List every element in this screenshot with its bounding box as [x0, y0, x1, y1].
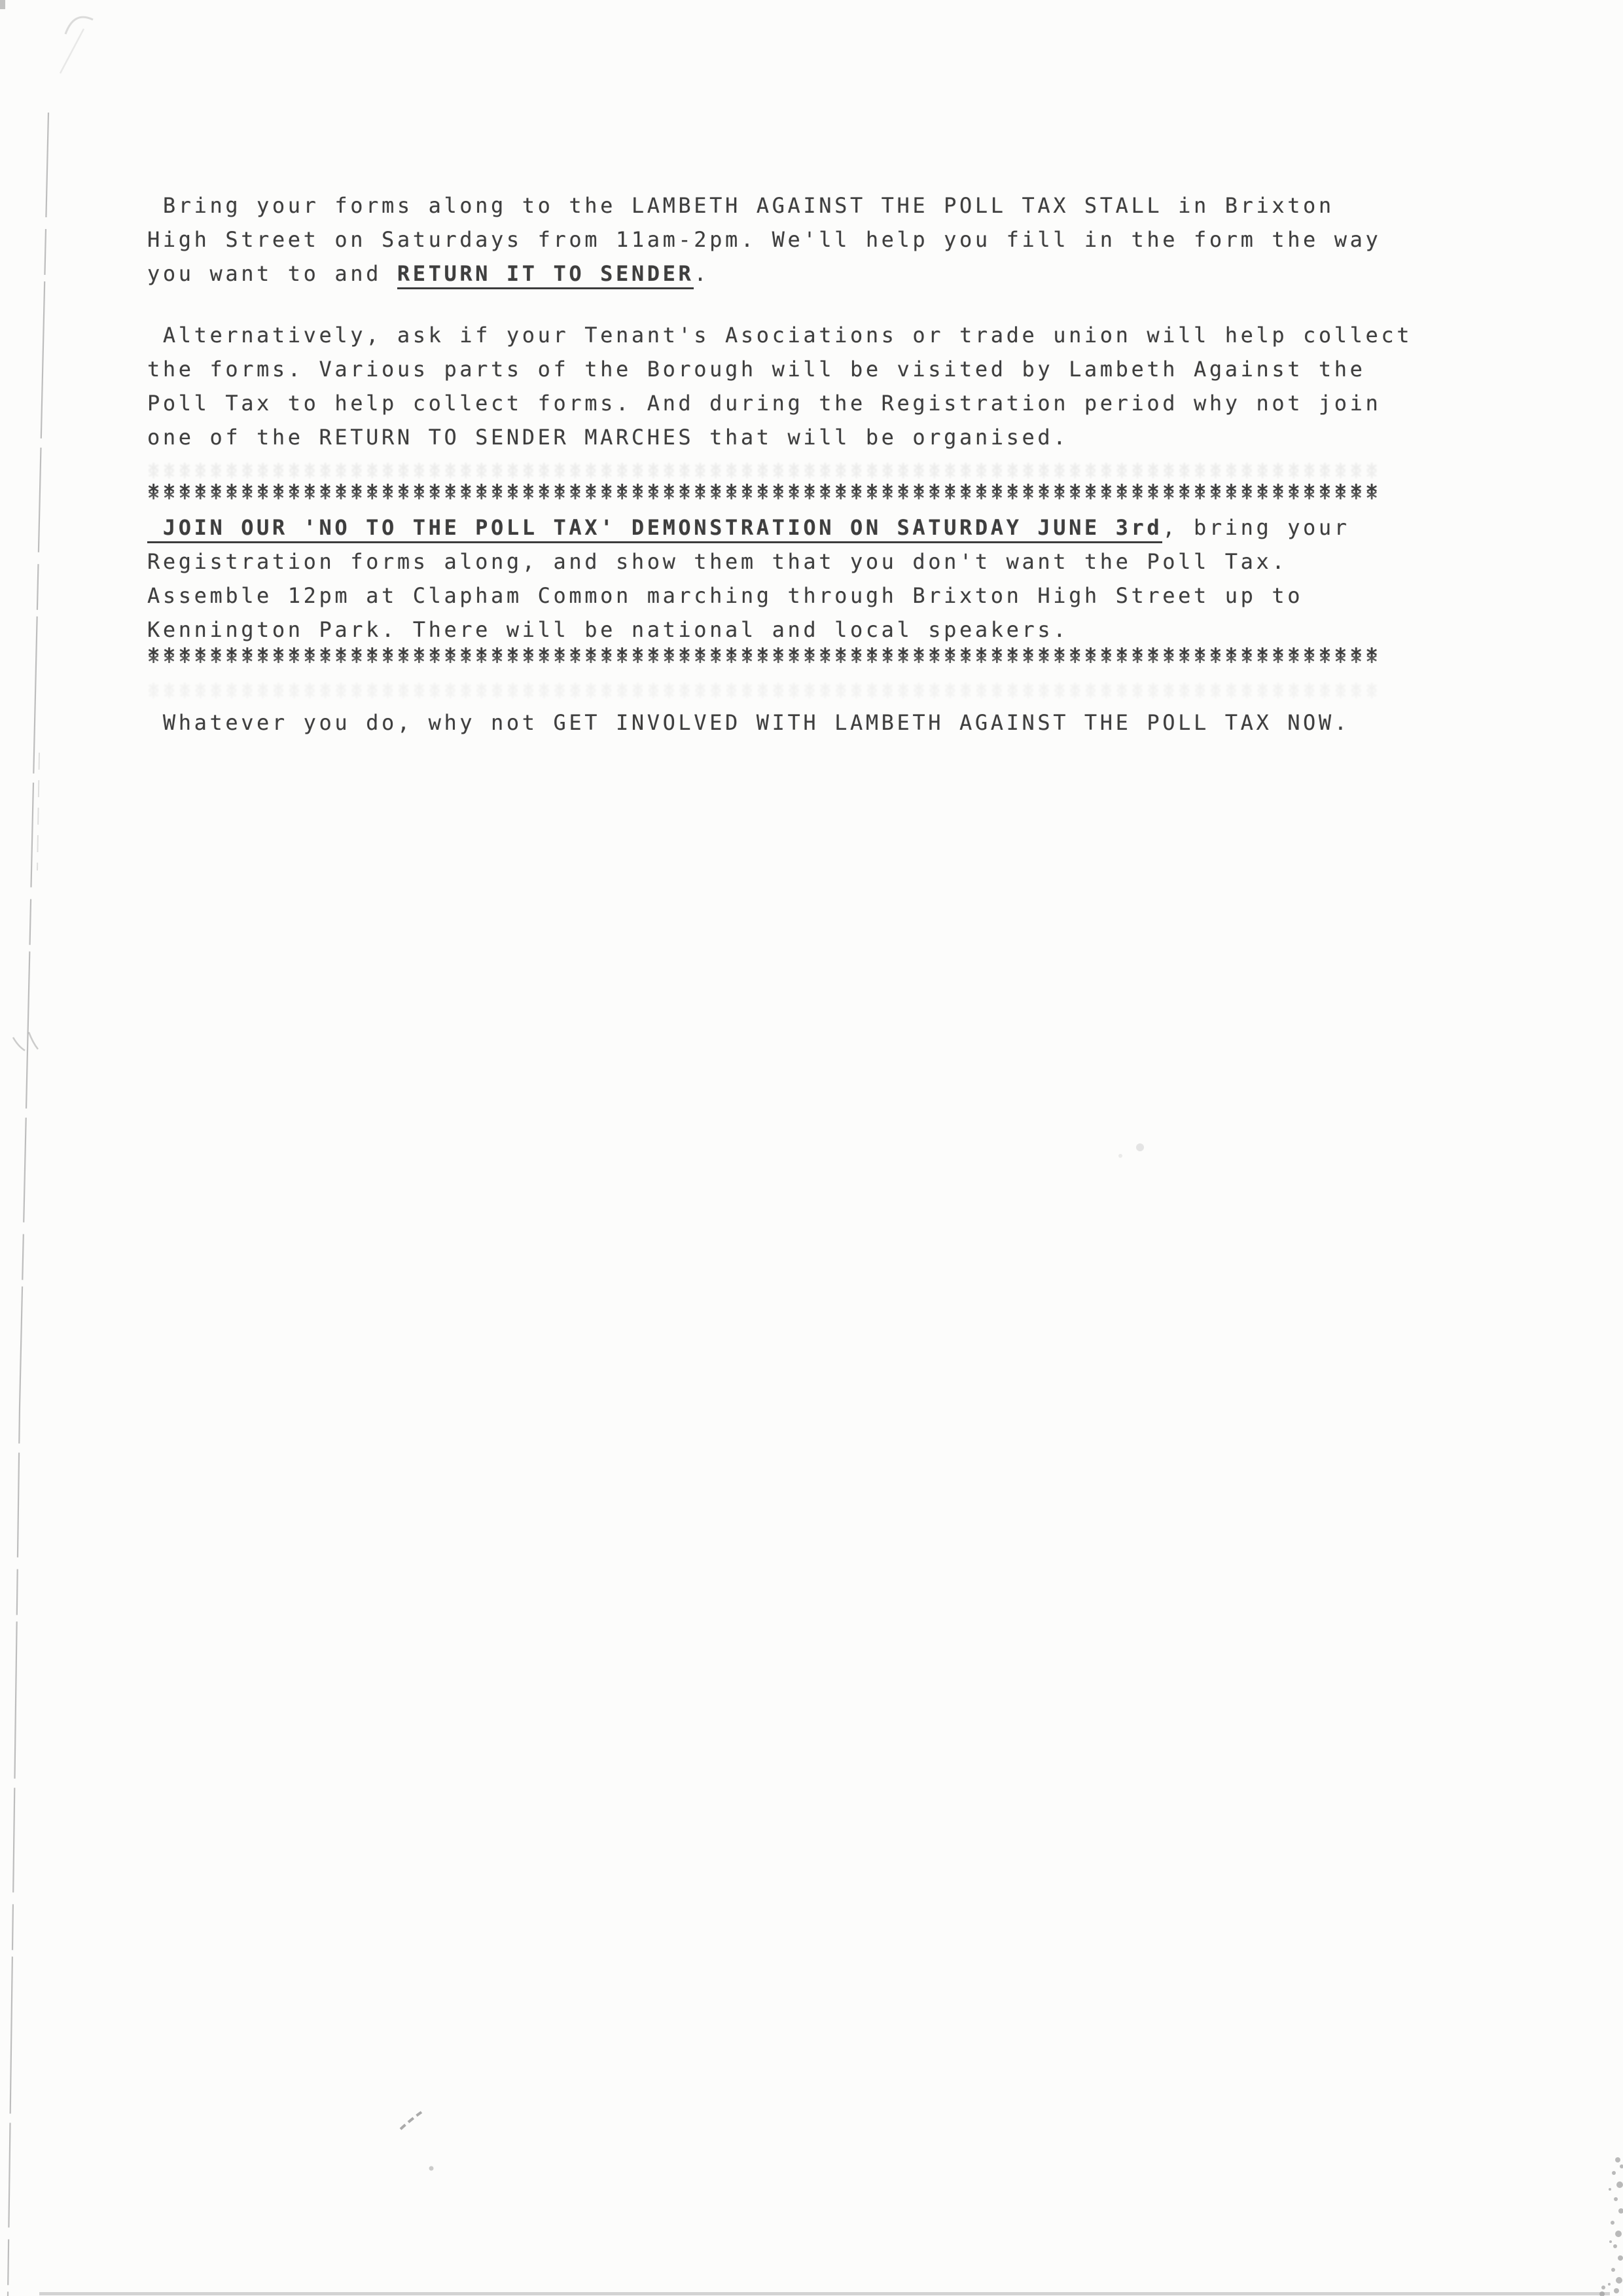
star-separator-ghost: ****************************************…	[147, 674, 1381, 708]
paper-edge-line	[8, 113, 48, 2296]
corner-mark	[0, 0, 5, 9]
text-line: JOIN OUR 'NO TO THE POLL TAX' DEMONSTRAT…	[147, 511, 1350, 545]
text-segment: the forms. Various parts of the Borough …	[147, 357, 1366, 382]
paragraph-bring-forms: Bring your forms along to the LAMBETH AG…	[147, 188, 1381, 291]
star-separator-bottom: ****************************************…	[147, 639, 1381, 673]
pen-tick	[401, 2112, 421, 2129]
text-line: one of the RETURN TO SENDER MARCHES that…	[147, 420, 1412, 454]
text-segment: .	[694, 261, 709, 286]
paragraph-get-involved: Whatever you do, why not GET INVOLVED WI…	[147, 706, 1350, 740]
text-segment: , bring your	[1162, 515, 1349, 540]
text-segment: one of the RETURN TO SENDER MARCHES that…	[147, 425, 1069, 450]
text-segment: Bring your forms along to the LAMBETH AG…	[147, 193, 1334, 218]
text-line: High Street on Saturdays from 11am-2pm. …	[147, 223, 1381, 257]
text-line: Whatever you do, why not GET INVOLVED WI…	[147, 706, 1350, 740]
text-segment: Registration forms along, and show them …	[147, 549, 1287, 574]
text-line: Assemble 12pm at Clapham Common marching…	[147, 579, 1350, 613]
paragraph-demonstration: JOIN OUR 'NO TO THE POLL TAX' DEMONSTRAT…	[147, 511, 1350, 647]
scanned-letter-page: Bring your forms along to the LAMBETH AG…	[0, 0, 1623, 2296]
diagonal-streak	[60, 29, 84, 73]
faint-speck	[1118, 1154, 1122, 1158]
ink-dot	[429, 2166, 434, 2171]
faint-speck	[1136, 1143, 1144, 1151]
text-segment: Assemble 12pm at Clapham Common marching…	[147, 583, 1303, 608]
underline-demonstration-heading: JOIN OUR 'NO TO THE POLL TAX' DEMONSTRAT…	[147, 515, 1162, 543]
bottom-edge-shadow	[39, 2292, 1610, 2295]
hook-scribble	[65, 17, 93, 34]
text-segment: Poll Tax to help collect forms. And duri…	[147, 391, 1381, 416]
text-line: Registration forms along, and show them …	[147, 545, 1350, 579]
text-segment: High Street on Saturdays from 11am-2pm. …	[147, 227, 1381, 252]
paragraph-alternatively: Alternatively, ask if your Tenant's Asoc…	[147, 318, 1412, 454]
text-segment: Whatever you do, why not GET INVOLVED WI…	[147, 710, 1350, 735]
text-line: Poll Tax to help collect forms. And duri…	[147, 386, 1412, 420]
underline-return-to-sender: RETURN IT TO SENDER	[397, 261, 694, 289]
edge-speckle-band	[1599, 2157, 1623, 2296]
text-line: you want to and RETURN IT TO SENDER.	[147, 257, 1381, 291]
paper-edge-ghost	[37, 753, 39, 870]
text-segment: you want to and	[147, 261, 397, 286]
margin-smudge	[13, 1032, 38, 1050]
text-line: Bring your forms along to the LAMBETH AG…	[147, 188, 1381, 223]
text-line: Alternatively, ask if your Tenant's Asoc…	[147, 318, 1412, 352]
star-separator-top: ****************************************…	[147, 475, 1381, 509]
text-line: the forms. Various parts of the Borough …	[147, 352, 1412, 386]
text-segment: Alternatively, ask if your Tenant's Asoc…	[147, 323, 1412, 348]
